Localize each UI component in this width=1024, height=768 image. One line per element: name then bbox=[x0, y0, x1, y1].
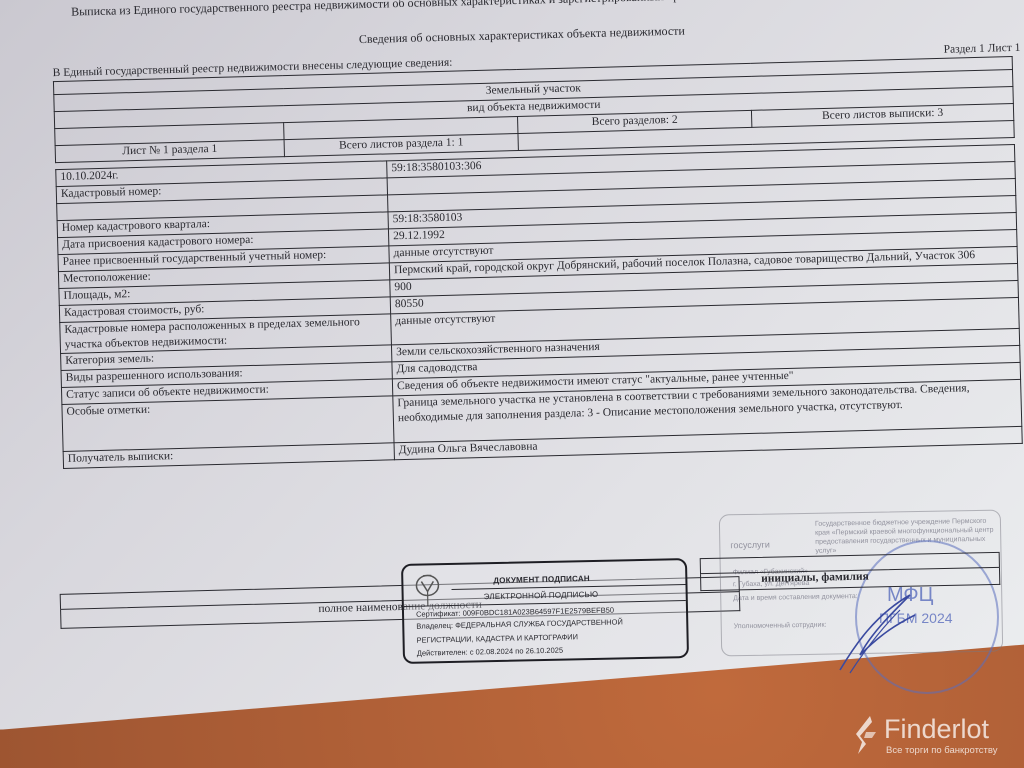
gosuslugi-logo: госуслуги bbox=[730, 540, 770, 551]
mfc-employee-label: Уполномоченный сотрудник: bbox=[734, 622, 827, 631]
finderlot-watermark: Finderlot Все торги по банкротству bbox=[852, 712, 1022, 762]
stamp-owner: Владелец: ФЕДЕРАЛЬНАЯ СЛУЖБА ГОСУДАРСТВЕ… bbox=[416, 617, 623, 630]
eagle-emblem-icon bbox=[413, 571, 442, 608]
finderlot-logo-icon bbox=[852, 714, 880, 756]
finderlot-brand: Finderlot bbox=[884, 714, 989, 745]
handwritten-signature-icon bbox=[820, 585, 930, 675]
document-title: Выписка из Единого государственного реес… bbox=[71, 0, 1011, 20]
characteristics-table: 10.10.2024г. 59:18:3580103:306 Кадастров… bbox=[55, 144, 1023, 469]
stamp-certificate: Сертификат: 009F0BDC181A023B64597F1E2579… bbox=[416, 606, 614, 619]
electronic-signature-stamp: ДОКУМЕНТ ПОДПИСАН ЭЛЕКТРОННОЙ ПОДПИСЬЮ С… bbox=[401, 558, 689, 664]
stamp-line-2: ЭЛЕКТРОННОЙ ПОДПИСЬЮ bbox=[484, 590, 599, 601]
section-reference: Раздел 1 Лист 1 bbox=[944, 42, 1021, 56]
stamp-validity: Действителен: с 02.08.2024 по 26.10.2025 bbox=[417, 646, 563, 658]
stamp-line-1: ДОКУМЕНТ ПОДПИСАН bbox=[493, 574, 590, 585]
finderlot-tagline: Все торги по банкротству bbox=[886, 745, 998, 756]
stamp-owner-2: РЕГИСТРАЦИИ, КАДАСТРА И КАРТОГРАФИИ bbox=[416, 632, 578, 644]
